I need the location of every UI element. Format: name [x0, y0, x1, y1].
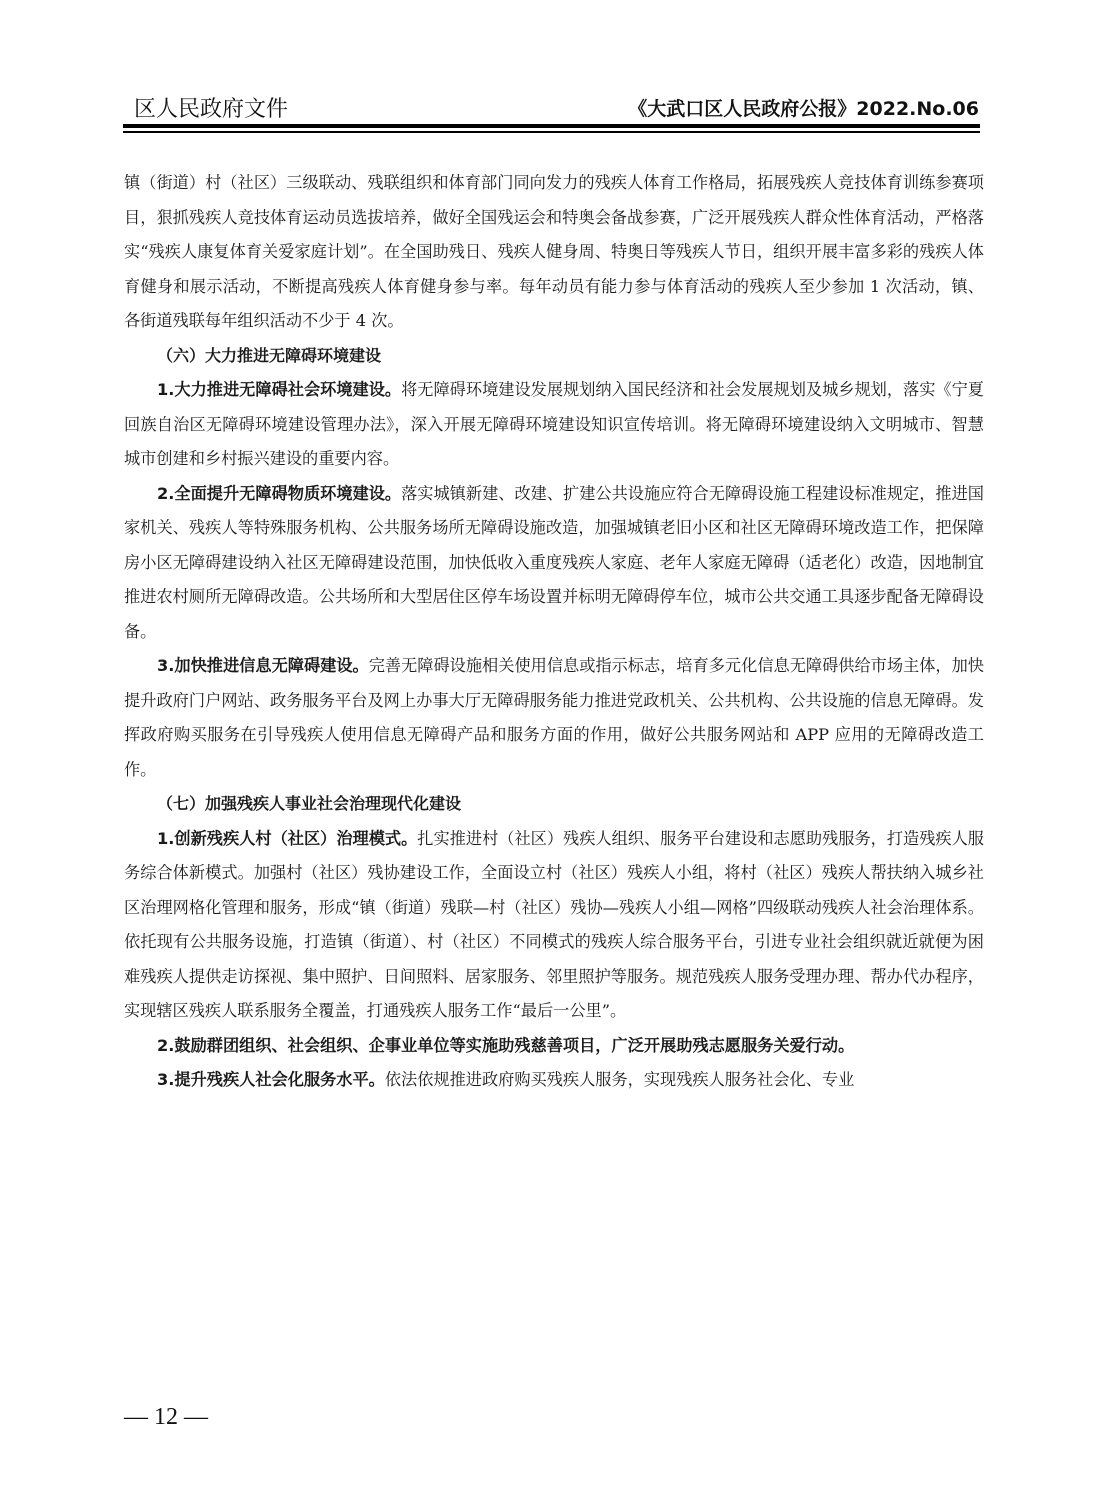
paragraph-text: 落实城镇新建、改建、扩建公共设施应符合无障碍设施工程建设标准规定，推进国家机关、… [124, 484, 984, 641]
paragraph-text: 依法依规推进政府购买残疾人服务，实现残疾人服务社会化、专业 [385, 1070, 854, 1089]
page-number: — 12 — [124, 1404, 208, 1431]
paragraph-7-3: 3.提升残疾人社会化服务水平。依法依规推进政府购买残疾人服务，实现残疾人服务社会… [124, 1063, 984, 1098]
paragraph-7-2: 2.鼓励群团组织、社会组织、企事业单位等实施助残慈善项目，广泛开展助残志愿服务关… [124, 1029, 984, 1064]
paragraph-lead: 3.加快推进信息无障碍建设。 [157, 656, 369, 675]
paragraph-text: 扎实推进村（社区）残疾人组织、服务平台建设和志愿助残服务，打造残疾人服务综合体新… [124, 829, 984, 1021]
paragraph-continued: 镇（街道）村（社区）三级联动、残联组织和体育部门同向发力的残疾人体育工作格局，拓… [124, 166, 984, 339]
paragraph-lead: 2.全面提升无障碍物质环境建设。 [157, 484, 401, 503]
document-body: 镇（街道）村（社区）三级联动、残联组织和体育部门同向发力的残疾人体育工作格局，拓… [124, 166, 984, 1098]
paragraph-lead: 1.创新残疾人村（社区）治理模式。 [157, 829, 417, 848]
paragraph-6-2: 2.全面提升无障碍物质环境建设。落实城镇新建、改建、扩建公共设施应符合无障碍设施… [124, 477, 984, 650]
paragraph-6-1: 1.大力推进无障碍社会环境建设。将无障碍环境建设发展规划纳入国民经济和社会发展规… [124, 373, 984, 477]
paragraph-lead: 1.大力推进无障碍社会环境建设。 [157, 380, 401, 399]
header-right-title: 《大武口区人民政府公报》2022.No.06 [628, 94, 979, 121]
paragraph-lead: 3.提升残疾人社会化服务水平。 [157, 1070, 385, 1089]
paragraph-6-3: 3.加快推进信息无障碍建设。完善无障碍设施相关使用信息或指示标志，培育多元化信息… [124, 649, 984, 787]
header-left-title: 区人民政府文件 [134, 92, 288, 123]
paragraph-7-1: 1.创新残疾人村（社区）治理模式。扎实推进村（社区）残疾人组织、服务平台建设和志… [124, 822, 984, 1029]
section-heading-6: （六）大力推进无障碍环境建设 [124, 339, 984, 374]
section-heading-7: （七）加强残疾人事业社会治理现代化建设 [124, 787, 984, 822]
header-rule-thick [123, 124, 980, 128]
paragraph-lead: 2.鼓励群团组织、社会组织、企事业单位等实施助残慈善项目，广泛开展助残志愿服务关… [157, 1036, 854, 1055]
header-rule-thin [123, 131, 980, 133]
